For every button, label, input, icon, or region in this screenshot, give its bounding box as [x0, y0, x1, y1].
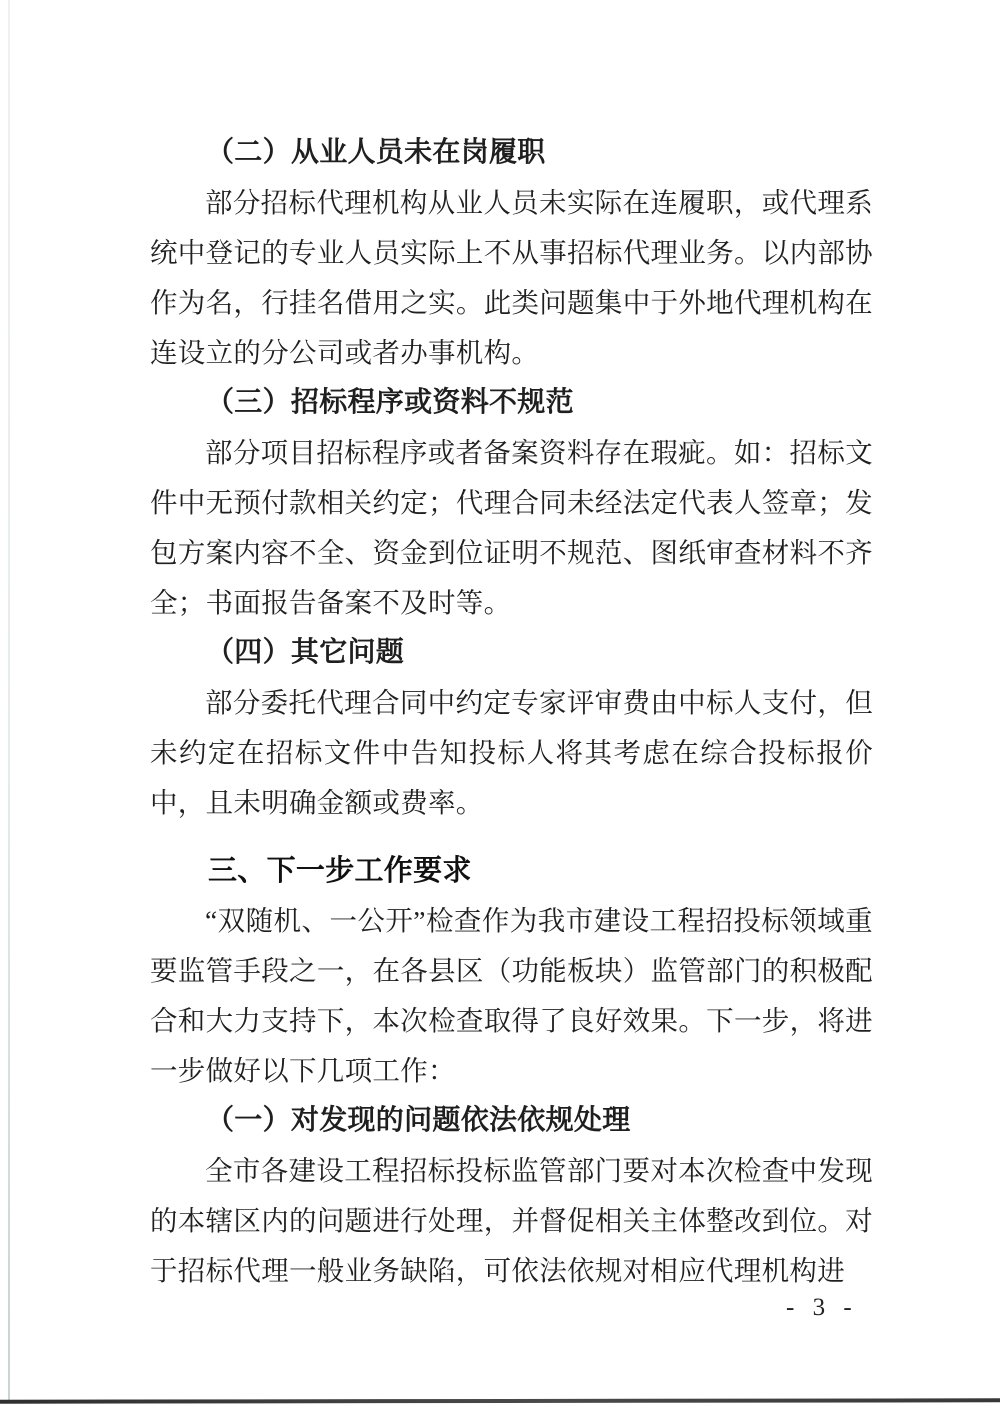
paragraph-handle-problems-by-law: 全市各建设工程招标投标监管部门要对本次检查中发现的本辖区内的问题进行处理，并督促… [150, 1146, 873, 1296]
section-heading-other-issues: （四）其它问题 [150, 628, 873, 678]
paragraph-next-step-overview: “双随机、一公开”检查作为我市建设工程招投标领域重要监管手段之一，在各县区（功能… [150, 896, 873, 1096]
document-body: （二）从业人员未在岗履职 部分招标代理机构从业人员未实际在连履职，或代理系统中登… [150, 128, 873, 1296]
section-heading-staff-not-on-duty: （二）从业人员未在岗履职 [150, 128, 873, 178]
paragraph-staff-not-on-duty: 部分招标代理机构从业人员未实际在连履职，或代理系统中登记的专业人员实际上不从事招… [150, 178, 873, 378]
page-number: - 3 - [786, 1294, 858, 1322]
section-heading-handle-problems-by-law: （一）对发现的问题依法依规处理 [150, 1096, 873, 1146]
paragraph-procedure-irregularities: 部分项目招标程序或者备案资料存在瑕疵。如：招标文件中无预付款相关约定；代理合同未… [150, 428, 873, 628]
scan-edge-line-bottom [0, 1398, 1000, 1403]
scanned-document-page: （二）从业人员未在岗履职 部分招标代理机构从业人员未实际在连履职，或代理系统中登… [0, 0, 1000, 1414]
section-heading-procedure-irregularities: （三）招标程序或资料不规范 [150, 378, 873, 428]
chapter-heading-next-step-requirements: 三、下一步工作要求 [150, 846, 873, 896]
paragraph-other-issues: 部分委托代理合同中约定专家评审费由中标人支付，但未约定在招标文件中告知投标人将其… [150, 678, 873, 828]
scan-edge-line-left [8, 0, 10, 1400]
